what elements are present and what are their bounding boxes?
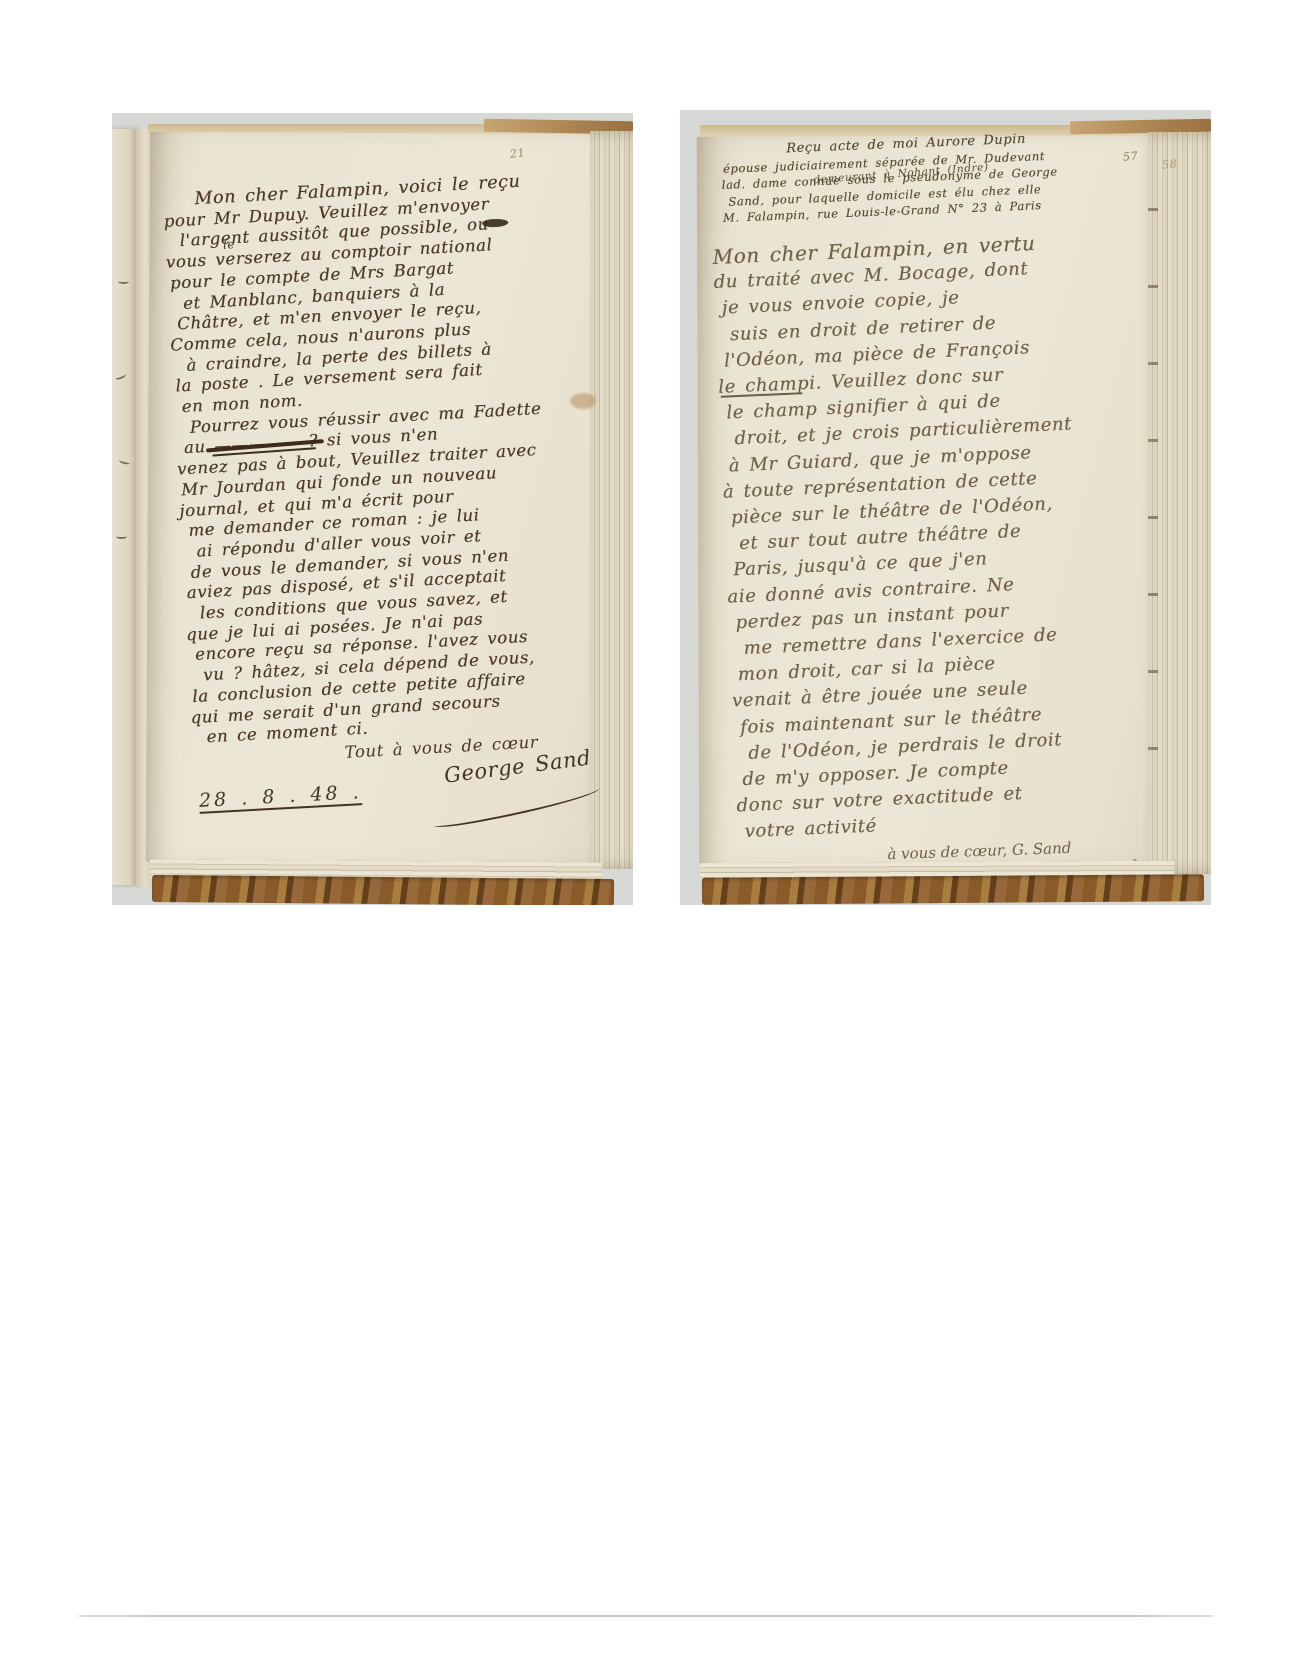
left-manuscript-photo: 21 Mon cher Falampin, voici le reçu pour… bbox=[112, 113, 633, 905]
letter-text-right: Mon cher Falampin, en vertu du traité av… bbox=[712, 225, 1176, 846]
manuscript-lines: Mon cher Falampin, voici le reçu pour Mr… bbox=[162, 168, 616, 749]
letter-text-left: Mon cher Falampin, voici le reçu pour Mr… bbox=[162, 168, 620, 830]
facing-page-text-fragment bbox=[116, 534, 127, 539]
letter-date: 28 . 8 . 48 . bbox=[198, 781, 362, 812]
registration-note: Reçu acte de moi Aurore Dupin épouse jud… bbox=[720, 127, 1151, 227]
facing-page-text-fragment bbox=[118, 279, 129, 284]
facing-page-sliver bbox=[112, 129, 137, 885]
interlinear-insertion: le bbox=[223, 237, 236, 252]
binding-strip bbox=[152, 875, 614, 905]
edge-folio-number: 58 bbox=[1161, 157, 1177, 172]
manuscript-lines: Mon cher Falampin, en vertu du traité av… bbox=[712, 225, 1176, 846]
facing-page-text-fragment bbox=[119, 458, 131, 466]
footer-divider-rule bbox=[79, 1615, 1213, 1617]
facing-page-text-fragment bbox=[114, 372, 126, 380]
right-manuscript-photo: 57 58 Reçu acte de moi Aurore Dupin épou… bbox=[680, 110, 1211, 905]
page-background: 21 Mon cher Falampin, voici le reçu pour… bbox=[0, 0, 1301, 1672]
binding-strip bbox=[702, 874, 1204, 905]
folio-number: 21 bbox=[509, 146, 526, 161]
